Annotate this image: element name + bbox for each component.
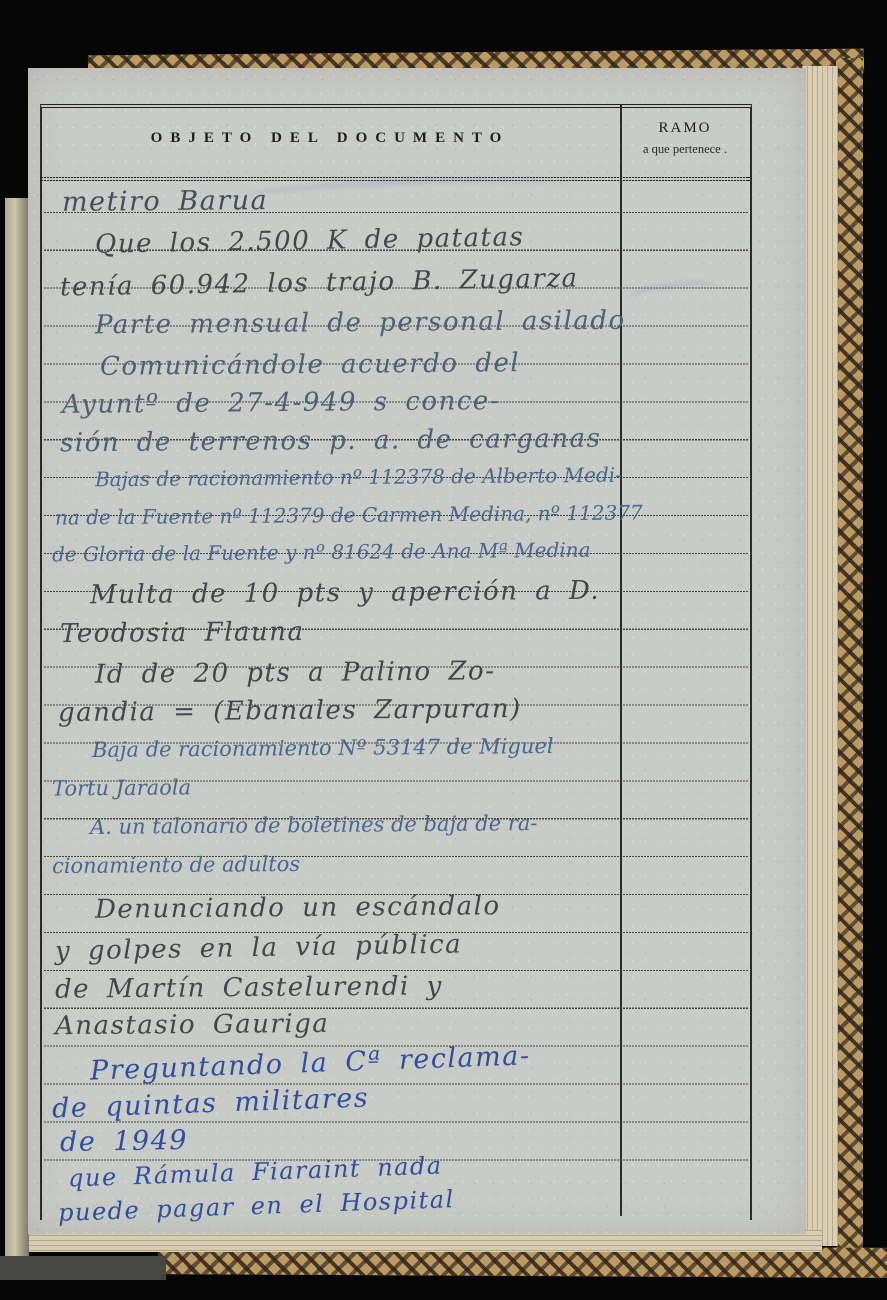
manuscript-line: Multa de 10 pts y aperción a D. [90, 576, 600, 610]
binding-cloth-right-edge [836, 58, 863, 1266]
manuscript-line: Bajas de racionamiento nº 112378 de Albe… [95, 463, 622, 492]
manuscript-line: de Martín Castelurendi y [55, 971, 443, 1004]
manuscript-line: de 1949 [60, 1125, 189, 1158]
manuscript-line: Ayuntº de 27-4-949 s conce- [62, 386, 500, 420]
manuscript-line: Denunciando un escándalo [95, 891, 501, 925]
manuscript-line: Id de 20 pts a Palino Zo- [95, 656, 496, 689]
page-edge-stack-left [5, 198, 29, 1258]
column-header-ramo-subtitle: a que pertenece . [620, 142, 750, 157]
manuscript-line: Parte mensual de personal asilado [95, 306, 626, 341]
manuscript-line: metiro Barua [62, 185, 268, 218]
ruled-lines-ramo-column [622, 175, 748, 1161]
manuscript-line: Baja de racionamiento Nº 53147 de Miguel [92, 734, 554, 762]
manuscript-line: Tortu Jaraola [52, 775, 191, 800]
ledger-page: OBJETO DEL DOCUMENTO RAMO a que pertenec… [28, 68, 806, 1234]
manuscript-line: cionamiento de adultos [52, 852, 300, 878]
manuscript-line: A. un talonario de boletines de baja de … [90, 811, 538, 839]
manuscript-line: na de la Fuente nº 112379 de Carmen Medi… [55, 500, 643, 529]
manuscript-line: sión de terrenos p. a. de carganas [60, 424, 602, 459]
manuscript-line: de Gloria de la Fuente y nº 81624 de Ana… [52, 538, 591, 567]
scanned-ledger-photo: OBJETO DEL DOCUMENTO RAMO a que pertenec… [0, 0, 887, 1300]
manuscript-line: gandia = (Ebanales Zarpuran) [58, 694, 522, 728]
page-edge-stack-right [802, 66, 838, 1246]
column-header-ramo: RAMO [620, 120, 750, 137]
book-cover-corner [0, 1256, 166, 1280]
manuscript-line: Anastasio Gauriga [55, 1009, 330, 1041]
manuscript-line: Teodosia Flauna [60, 617, 305, 649]
manuscript-line: Comunicándole acuerdo del [100, 348, 520, 382]
column-header-objeto: OBJETO DEL DOCUMENTO [40, 130, 620, 147]
